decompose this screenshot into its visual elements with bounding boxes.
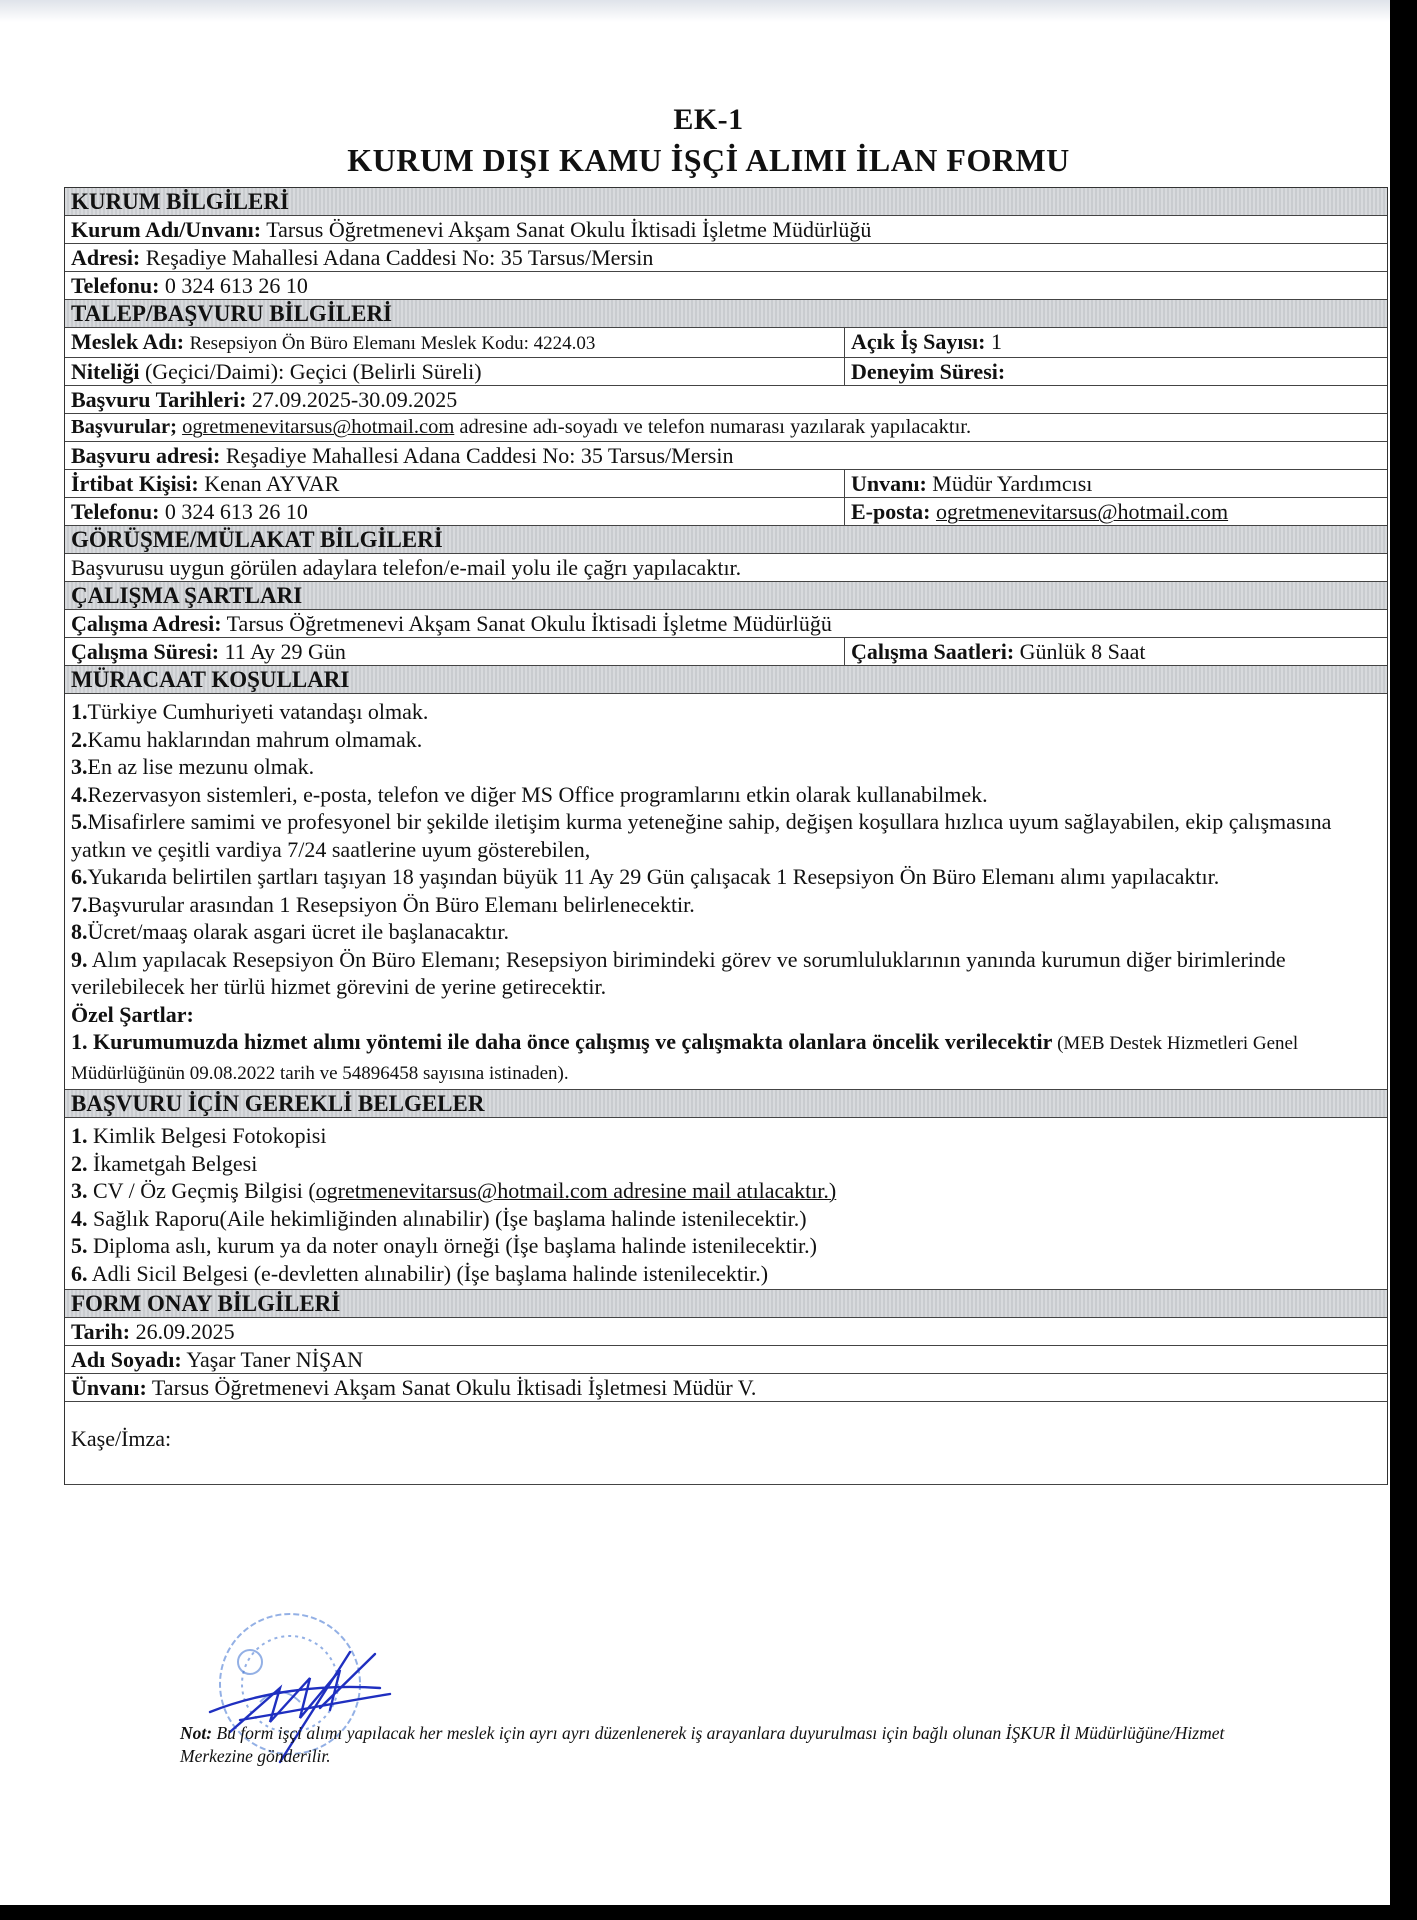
field-label: İrtibat Kişisi: — [71, 471, 199, 496]
field-label: Adı Soyadı: — [71, 1347, 182, 1372]
requirement-item: 6.Yukarıda belirtilen şartları taşıyan 1… — [71, 863, 1381, 891]
requirement-item: 1.Türkiye Cumhuriyeti vatandaşı olmak. — [71, 698, 1381, 726]
stamp-signature-label: Kaşe/İmza: — [65, 1402, 1387, 1484]
row-kase-imza: Kaşe/İmza: — [65, 1402, 1387, 1485]
field-label: Çalışma Adresi: — [71, 611, 222, 636]
field-label: Ünvanı: — [71, 1375, 147, 1400]
row-meslek: Meslek Adı: Resepsiyon Ön Büro Elemanı M… — [65, 328, 1387, 358]
field-label: Başvurular; — [71, 416, 177, 438]
note-text: Bu form işçi alımı yapılacak her meslek … — [180, 1723, 1224, 1766]
special-conditions-title: Özel Şartlar: — [71, 1001, 1381, 1029]
annex-label: EK-1 — [0, 100, 1417, 140]
field-label: Açık İş Sayısı: — [851, 329, 985, 354]
field-label: Telefonu: — [71, 499, 159, 524]
field-label: Deneyim Süresi: — [851, 359, 1005, 384]
row-basvuru-tarihleri: Başvuru Tarihleri: 27.09.2025-30.09.2025 — [65, 386, 1387, 414]
requirement-item: 5.Misafirlere samimi ve profesyonel bir … — [71, 808, 1381, 863]
work-hours: Günlük 8 Saat — [1020, 639, 1146, 664]
field-label: Meslek Adı: — [71, 329, 184, 354]
form-title: KURUM DIŞI KAMU İŞÇİ ALIMI İLAN FORMU — [0, 140, 1417, 180]
field-label: E-posta: — [851, 499, 930, 524]
work-address: Tarsus Öğretmenevi Akşam Sanat Okulu İkt… — [227, 611, 832, 636]
field-label: Telefonu: — [71, 273, 159, 298]
document-item: 3. CV / Öz Geçmiş Bilgisi (ogretmenevita… — [71, 1177, 1381, 1205]
row-onay-tarih: Tarih: 26.09.2025 — [65, 1318, 1387, 1346]
row-belgeler-list: 1. Kimlik Belgesi Fotokopisi 2. İkametga… — [65, 1118, 1387, 1290]
row-muracaat-list: 1.Türkiye Cumhuriyeti vatandaşı olmak. 2… — [65, 694, 1387, 1090]
row-basvuru-adresi: Başvuru adresi: Reşadiye Mahallesi Adana… — [65, 442, 1387, 470]
field-label: Unvanı: — [851, 471, 927, 496]
document-item: 1. Kimlik Belgesi Fotokopisi — [71, 1122, 1381, 1150]
occupation-value: Resepsiyon Ön Büro Elemanı Meslek Kodu: … — [190, 333, 596, 354]
requirement-item: 8.Ücret/maaş olarak asgari ücret ile baş… — [71, 918, 1381, 946]
field-label: Başvuru adresi: — [71, 443, 220, 468]
institution-name: Tarsus Öğretmenevi Akşam Sanat Okulu İkt… — [266, 217, 871, 242]
open-positions-value: 1 — [991, 329, 1002, 354]
contact-person: Kenan AYVAR — [204, 471, 339, 496]
section-muracaat-kosullari: MÜRACAAT KOŞULLARI — [65, 666, 1387, 694]
section-form-onay: FORM ONAY BİLGİLERİ — [65, 1290, 1387, 1318]
requirement-item: 4.Rezervasyon sistemleri, e-posta, telef… — [71, 781, 1381, 809]
application-address: Reşadiye Mahallesi Adana Caddesi No: 35 … — [226, 443, 734, 468]
application-dates: 27.09.2025-30.09.2025 — [252, 387, 457, 412]
row-kurum-adi: Kurum Adı/Unvanı: Tarsus Öğretmenevi Akş… — [65, 216, 1387, 244]
field-label: Başvuru Tarihleri: — [71, 387, 246, 412]
announcement-form: KURUM BİLGİLERİ Kurum Adı/Unvanı: Tarsus… — [64, 187, 1388, 1485]
document-item: 2. İkametgah Belgesi — [71, 1150, 1381, 1178]
section-gorusme-mulakat: GÖRÜŞME/MÜLAKAT BİLGİLERİ — [65, 526, 1387, 554]
approval-date: 26.09.2025 — [136, 1319, 235, 1344]
institution-address: Reşadiye Mahallesi Adana Caddesi No: 35 … — [146, 245, 654, 270]
requirements-list: 1.Türkiye Cumhuriyeti vatandaşı olmak. 2… — [65, 694, 1387, 1089]
requirement-item: 2.Kamu haklarından mahrum olmamak. — [71, 726, 1381, 754]
footer-note: Not: Bu form işçi alımı yapılacak her me… — [180, 1722, 1300, 1768]
interview-info: Başvurusu uygun görülen adaylara telefon… — [65, 554, 1387, 581]
row-telefon: Telefonu: 0 324 613 26 10 — [65, 272, 1387, 300]
scanned-page: EK-1 KURUM DIŞI KAMU İŞÇİ ALIMI İLAN FOR… — [0, 0, 1390, 1905]
document-item: 5. Diploma aslı, kurum ya da noter onayl… — [71, 1232, 1381, 1260]
application-email-link[interactable]: ogretmenevitarsus@hotmail.com — [182, 416, 454, 438]
section-calisma-sartlari: ÇALIŞMA ŞARTLARI — [65, 582, 1387, 610]
section-gerekli-belgeler: BAŞVURU İÇİN GEREKLİ BELGELER — [65, 1090, 1387, 1118]
institution-phone: 0 324 613 26 10 — [165, 273, 308, 298]
requirement-item: 3.En az lise mezunu olmak. — [71, 753, 1381, 781]
section-talep-basvuru: TALEP/BAŞVURU BİLGİLERİ — [65, 300, 1387, 328]
document-header: EK-1 KURUM DIŞI KAMU İŞÇİ ALIMI İLAN FOR… — [0, 100, 1417, 180]
document-item: 6. Adli Sicil Belgesi (e-devletten alına… — [71, 1260, 1381, 1288]
row-irtibat-telefon: Telefonu: 0 324 613 26 10 E-posta: ogret… — [65, 498, 1387, 526]
approver-name: Yaşar Taner NİŞAN — [186, 1347, 363, 1372]
requirement-item: 9. Alım yapılacak Resepsiyon Ön Büro Ele… — [71, 946, 1381, 1001]
row-adres: Adresi: Reşadiye Mahallesi Adana Caddesi… — [65, 244, 1387, 272]
row-calisma-adresi: Çalışma Adresi: Tarsus Öğretmenevi Akşam… — [65, 610, 1387, 638]
document-item: 4. Sağlık Raporu(Aile hekimliğinden alın… — [71, 1205, 1381, 1233]
row-irtibat: İrtibat Kişisi: Kenan AYVAR Unvanı: Müdü… — [65, 470, 1387, 498]
approver-title: Tarsus Öğretmenevi Akşam Sanat Okulu İkt… — [152, 1375, 756, 1400]
work-duration: 11 Ay 29 Gün — [225, 639, 346, 664]
field-label: Adresi: — [71, 245, 140, 270]
note-label: Not: — [180, 1723, 212, 1743]
documents-list: 1. Kimlik Belgesi Fotokopisi 2. İkametga… — [65, 1118, 1387, 1289]
cv-email-link[interactable]: ogretmenevitarsus@hotmail.com adresine m… — [316, 1178, 837, 1203]
row-onay-ad: Adı Soyadı: Yaşar Taner NİŞAN — [65, 1346, 1387, 1374]
row-gorusme-text: Başvurusu uygun görülen adaylara telefon… — [65, 554, 1387, 582]
field-label: Niteliği — [71, 359, 139, 384]
section-kurum-bilgileri: KURUM BİLGİLERİ — [65, 188, 1387, 216]
scan-shadow — [0, 0, 1390, 22]
row-basvurular: Başvurular; ogretmenevitarsus@hotmail.co… — [65, 414, 1387, 442]
requirement-item: 7.Başvurular arasından 1 Resepsiyon Ön B… — [71, 891, 1381, 919]
field-label: Çalışma Süresi: — [71, 639, 219, 664]
row-onay-unvan: Ünvanı: Tarsus Öğretmenevi Akşam Sanat O… — [65, 1374, 1387, 1402]
field-label: Kurum Adı/Unvanı: — [71, 217, 261, 242]
row-calisma-suresi: Çalışma Süresi: 11 Ay 29 Gün Çalışma Saa… — [65, 638, 1387, 666]
row-nitelik: Niteliği (Geçici/Daimi): Geçici (Belirli… — [65, 358, 1387, 386]
field-label: Tarih: — [71, 1319, 130, 1344]
contact-email-link[interactable]: ogretmenevitarsus@hotmail.com — [936, 499, 1228, 524]
special-condition-item: 1. Kurumumuzda hizmet alımı yöntemi ile … — [71, 1028, 1381, 1087]
job-type-value: (Geçici/Daimi): Geçici (Belirli Süreli) — [145, 359, 482, 384]
contact-phone: 0 324 613 26 10 — [165, 499, 308, 524]
application-instructions: adresine adı-soyadı ve telefon numarası … — [459, 416, 971, 438]
contact-title: Müdür Yardımcısı — [932, 471, 1092, 496]
field-label: Çalışma Saatleri: — [851, 639, 1014, 664]
